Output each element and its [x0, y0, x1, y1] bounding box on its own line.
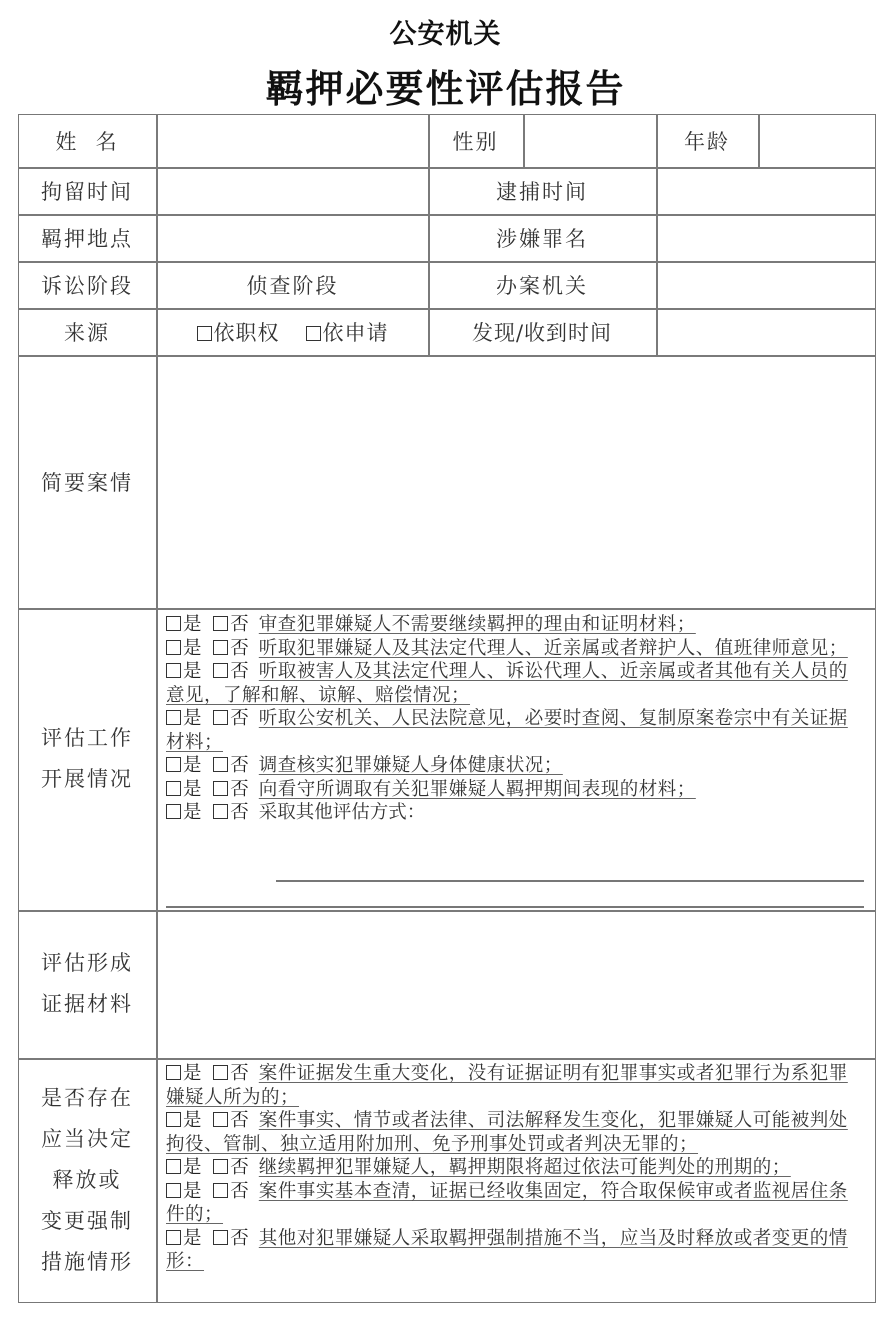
yes-checkbox[interactable]	[166, 616, 181, 631]
found-time-label: 发现/收到时间	[428, 308, 656, 355]
yes-checkbox[interactable]	[166, 804, 181, 819]
release-label: 是否存在 应当决定 释放或 变更强制 措施情形	[18, 1058, 156, 1303]
stage-label: 诉讼阶段	[18, 261, 156, 308]
no-checkbox[interactable]	[213, 781, 228, 796]
source-option-ex-officio[interactable]: 依职权	[197, 317, 280, 347]
no-checkbox[interactable]	[213, 1159, 228, 1174]
yes-checkbox[interactable]	[166, 1183, 181, 1198]
arrest-time-label: 逮捕时间	[428, 167, 656, 214]
agency-label: 办案机关	[428, 261, 656, 308]
custody-place-label: 羁押地点	[18, 214, 156, 261]
no-checkbox[interactable]	[213, 640, 228, 655]
age-field[interactable]	[759, 114, 876, 167]
release-items-list: 是 否案件证据发生重大变化，没有证据证明有犯罪事实或者犯罪行为系犯罪嫌疑人所为的…	[166, 1062, 866, 1274]
arrest-time-field[interactable]	[657, 167, 876, 214]
checkbox[interactable]	[197, 326, 212, 341]
release-item: 是 否案件事实、情节或者法律、司法解释发生变化，犯罪嫌疑人可能被判处拘役、管制、…	[166, 1109, 866, 1156]
stage-value: 侦查阶段	[157, 261, 428, 308]
name-field[interactable]	[157, 114, 428, 167]
gender-label: 性别	[428, 114, 523, 167]
evidence-label: 评估形成 证据材料	[18, 910, 156, 1058]
no-checkbox[interactable]	[213, 757, 228, 772]
other-method-line-2[interactable]	[166, 906, 864, 908]
evidence-field[interactable]	[157, 911, 876, 1058]
detention-time-label: 拘留时间	[18, 167, 156, 214]
no-checkbox[interactable]	[213, 1183, 228, 1198]
custody-place-field[interactable]	[157, 214, 428, 261]
summary-label: 简要案情	[18, 355, 156, 608]
summary-field[interactable]	[157, 356, 876, 608]
yes-checkbox[interactable]	[166, 1112, 181, 1127]
yes-checkbox[interactable]	[166, 640, 181, 655]
age-label: 年龄	[656, 114, 758, 167]
work-item: 是 否听取公安机关、人民法院意见，必要时查阅、复制原案卷宗中有关证据材料；	[166, 707, 866, 754]
release-item: 是 否其他对犯罪嫌疑人采取羁押强制措施不当，应当及时释放或者变更的情形：	[166, 1227, 866, 1274]
charge-field[interactable]	[657, 214, 876, 261]
no-checkbox[interactable]	[213, 804, 228, 819]
work-item: 是 否听取被害人及其法定代理人、诉讼代理人、近亲属或者其他有关人员的意见，了解和…	[166, 660, 866, 707]
no-checkbox[interactable]	[213, 1230, 228, 1245]
release-item: 是 否案件证据发生重大变化，没有证据证明有犯罪事实或者犯罪行为系犯罪嫌疑人所为的…	[166, 1062, 866, 1109]
no-checkbox[interactable]	[213, 1112, 228, 1127]
agency-field[interactable]	[657, 261, 876, 308]
found-time-field[interactable]	[657, 308, 876, 355]
work-item: 是 否调查核实犯罪嫌疑人身体健康状况；	[166, 754, 866, 778]
yes-checkbox[interactable]	[166, 1065, 181, 1080]
yes-checkbox[interactable]	[166, 1230, 181, 1245]
work-item: 是 否听取犯罪嫌疑人及其法定代理人、近亲属或者辩护人、值班律师意见；	[166, 637, 866, 661]
work-item: 是 否采取其他评估方式：	[166, 801, 866, 825]
charge-label: 涉嫌罪名	[428, 214, 656, 261]
work-label: 评估工作 开展情况	[18, 608, 156, 910]
detention-time-field[interactable]	[157, 167, 428, 214]
work-items-list: 是 否审查犯罪嫌疑人不需要继续羁押的理由和证明材料； 是 否听取犯罪嫌疑人及其法…	[166, 613, 866, 825]
release-item: 是 否案件事实基本查清，证据已经收集固定，符合取保候审或者监视居住条件的；	[166, 1180, 866, 1227]
work-item: 是 否向看守所调取有关犯罪嫌疑人羁押期间表现的材料；	[166, 778, 866, 802]
source-option-application[interactable]: 依申请	[306, 317, 389, 347]
source-options: 依职权 依申请	[157, 308, 428, 355]
document-title: 羁押必要性评估报告	[0, 58, 891, 113]
yes-checkbox[interactable]	[166, 781, 181, 796]
work-item: 是 否审查犯罪嫌疑人不需要继续羁押的理由和证明材料；	[166, 613, 866, 637]
yes-checkbox[interactable]	[166, 663, 181, 678]
checkbox[interactable]	[306, 326, 321, 341]
gender-field[interactable]	[524, 114, 656, 167]
name-label: 姓 名	[18, 114, 156, 167]
release-item: 是 否继续羁押犯罪嫌疑人，羁押期限将超过依法可能判处的刑期的；	[166, 1156, 866, 1180]
yes-checkbox[interactable]	[166, 710, 181, 725]
yes-checkbox[interactable]	[166, 1159, 181, 1174]
no-checkbox[interactable]	[213, 616, 228, 631]
no-checkbox[interactable]	[213, 663, 228, 678]
source-label: 来源	[18, 308, 156, 355]
org-heading: 公安机关	[0, 12, 891, 51]
no-checkbox[interactable]	[213, 1065, 228, 1080]
other-method-line[interactable]	[276, 880, 864, 882]
yes-checkbox[interactable]	[166, 757, 181, 772]
no-checkbox[interactable]	[213, 710, 228, 725]
